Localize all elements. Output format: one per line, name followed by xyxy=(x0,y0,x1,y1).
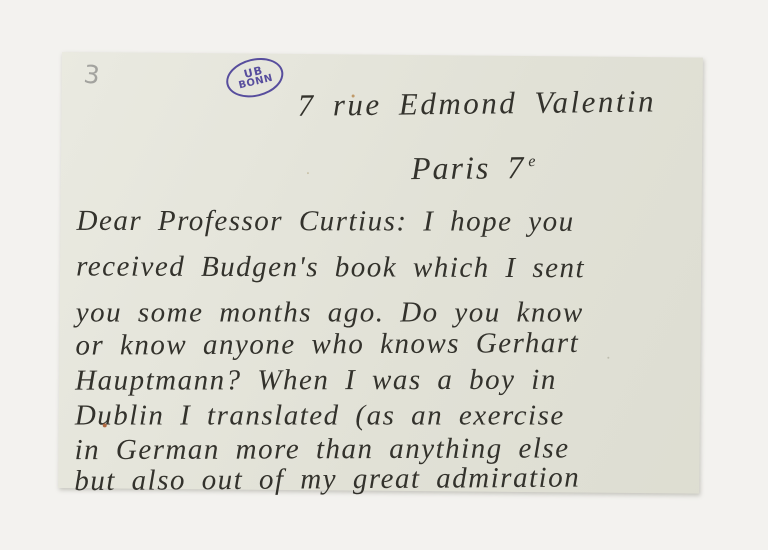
letter-body-line: Hauptmann? When I was a boy in xyxy=(75,364,557,398)
paper-speck xyxy=(352,95,355,98)
letter-body-line: you some months ago. Do you know xyxy=(76,296,584,329)
library-stamp: UB BONN xyxy=(222,52,287,102)
paper-speck xyxy=(103,423,107,427)
letter-body-line: or know anyone who knows Gerhart xyxy=(75,327,579,363)
stamp-text-bonn: BONN xyxy=(238,74,274,92)
pencil-page-number: 3 xyxy=(82,59,101,90)
letter-body-line: but also out of my great admiration xyxy=(74,462,580,499)
city-text: Paris 7 xyxy=(411,149,526,186)
paper-speck xyxy=(307,172,309,174)
paper-speck xyxy=(607,357,609,359)
letter-body-line: Dear Professor Curtius: I hope you xyxy=(76,205,574,239)
scanned-letter-page: 3 UB BONN 7 rue Edmond Valentin Paris 7e… xyxy=(0,0,768,550)
letter-card: 3 UB BONN 7 rue Edmond Valentin Paris 7e… xyxy=(58,52,703,494)
letter-address-line: 7 rue Edmond Valentin xyxy=(297,83,656,123)
letter-body-line: received Budgen's book which I sent xyxy=(76,250,585,285)
city-superscript: e xyxy=(528,153,537,170)
letter-body-line: Dublin I translated (as an exercise xyxy=(75,399,565,432)
letter-city-line: Paris 7e xyxy=(411,149,538,187)
